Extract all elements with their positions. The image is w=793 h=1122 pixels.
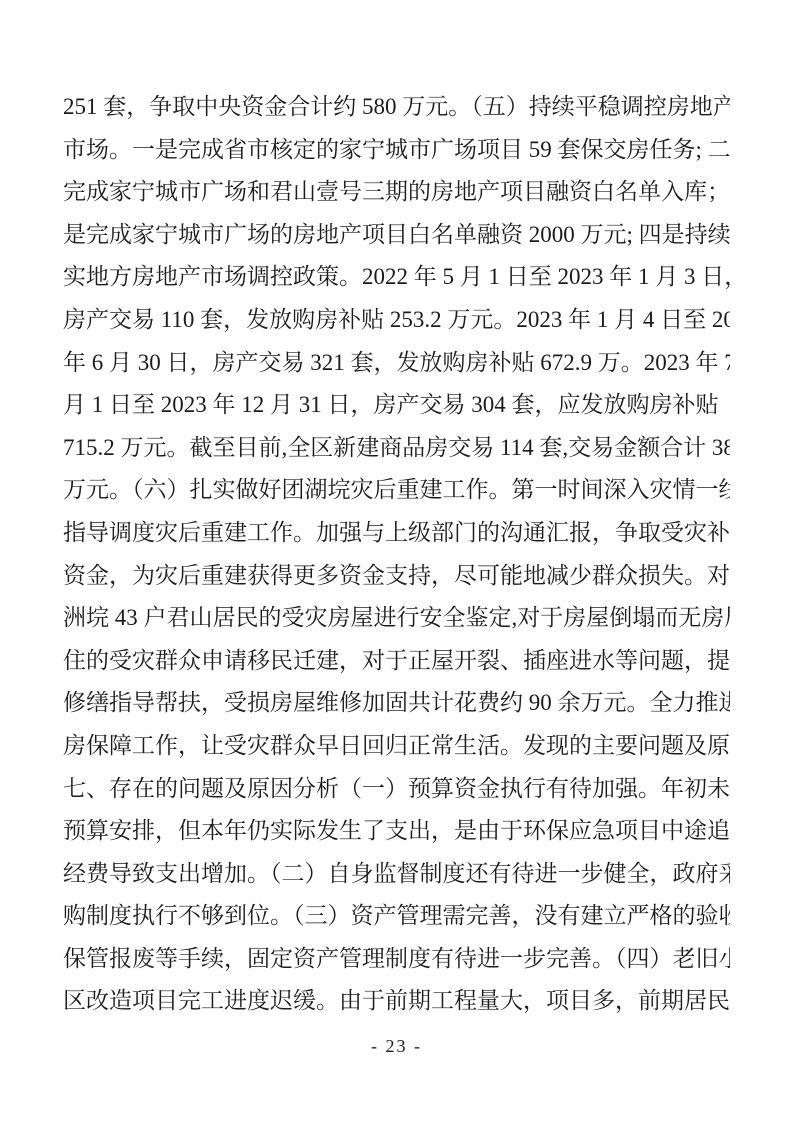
text-line: 资金，为灾后重建获得更多资金支持，尽可能地减少群众损失。对团 — [63, 555, 730, 598]
text-line: 万元。（六）扎实做好团湖垸灾后重建工作。第一时间深入灾情一线 — [63, 469, 730, 512]
text-line: 经费导致支出增加。（二）自身监督制度还有待进一步健全，政府采 — [63, 853, 730, 896]
page-number: - 23 - — [371, 1036, 422, 1056]
text-line: 715.2 万元。截至目前,全区新建商品房交易 114 套,交易金额合计 382… — [63, 427, 730, 470]
text-line: 251 套，争取中央资金合计约 580 万元。（五）持续平稳调控房地产 — [63, 86, 730, 129]
text-line: 预算安排，但本年仍实际发生了支出，是由于环保应急项目中途追加 — [63, 810, 730, 853]
text-line: 指导调度灾后重建工作。加强与上级部门的沟通汇报，争取受灾补助 — [63, 512, 730, 555]
text-line: 市场。一是完成省市核定的家宁城市广场项目 59 套保交房任务; 二是 — [63, 129, 730, 172]
text-line: 是完成家宁城市广场的房地产项目白名单融资 2000 万元; 四是持续落 — [63, 214, 730, 257]
text-line: 修缮指导帮扶，受损房屋维修加固共计花费约 90 余万元。全力推进住 — [63, 682, 730, 725]
text-line: 房保障工作，让受灾群众早日回归正常生活。发现的主要问题及原因: — [63, 725, 730, 768]
document-page: 251 套，争取中央资金合计约 580 万元。（五）持续平稳调控房地产 市场。一… — [0, 0, 793, 1122]
text-line: 住的受灾群众申请移民迁建，对于正屋开裂、插座进水等问题，提供 — [63, 640, 730, 683]
body-text: 251 套，争取中央资金合计约 580 万元。（五）持续平稳调控房地产 市场。一… — [63, 86, 730, 1023]
text-line: 房产交易 110 套，发放购房补贴 253.2 万元。2023 年 1 月 4 … — [63, 299, 730, 342]
text-line: 购制度执行不够到位。（三）资产管理需完善，没有建立严格的验收 — [63, 895, 730, 938]
text-line: 实地方房地产市场调控政策。2022 年 5 月 1 日至 2023 年 1 月 … — [63, 256, 730, 299]
text-line: 月 1 日至 2023 年 12 月 31 日，房产交易 304 套，应发放购房… — [63, 384, 730, 427]
page-footer: - 23 - — [0, 1036, 793, 1057]
text-line: 保管报废等手续，固定资产管理制度有待进一步完善。（四）老旧小 — [63, 938, 730, 981]
text-line: 七、存在的问题及原因分析（一）预算资金执行有待加强。年初未作 — [63, 768, 730, 811]
text-line: 完成家宁城市广场和君山壹号三期的房地产项目融资白名单入库；三 — [63, 171, 730, 214]
text-line: 年 6 月 30 日，房产交易 321 套，发放购房补贴 672.9 万。202… — [63, 342, 730, 385]
text-line: 洲垸 43 户君山居民的受灾房屋进行安全鉴定,对于房屋倒塌而无房居 — [63, 597, 730, 640]
text-line: 区改造项目完工进度迟缓。由于前期工程量大，项目多，前期居民意 — [63, 980, 730, 1023]
